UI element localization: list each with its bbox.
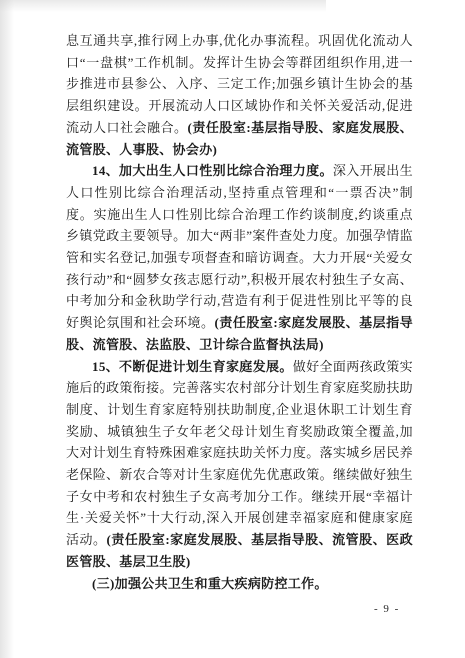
page-number: - 9 - — [374, 603, 400, 615]
item-heading: 14、加大出生人口性别比综合治理力度。 — [92, 163, 333, 178]
paragraph-item-15: 15、不断促进计划生育家庭发展。做好全面两孩政策实施后的政策衔接。完善落实农村部… — [66, 356, 413, 573]
paragraph-item-14: 14、加大出生人口性别比综合治理力度。深入开展出生人口性别比综合治理活动,坚持重… — [66, 160, 413, 355]
responsible-departments-note: (责任股室:家庭发展股、基层指导股、流管股、医政医管股、基层卫生股) — [66, 532, 413, 569]
paragraph-section-3-heading: (三)加强公共卫生和重大疾病防控工作。 — [66, 573, 413, 595]
text-run: 做好全面两孩政策实施后的政策衔接。完善落实农村部分计划生育家庭奖励扶助制度、计划… — [66, 359, 413, 548]
paragraph-continuation: 息互通共享,推行网上办事,优化办事流程。巩固优化流动人口“一盘棋”工作机制。发挥… — [66, 30, 413, 160]
scan-shadow-top — [0, 0, 326, 12]
document-body: 息互通共享,推行网上办事,优化办事流程。巩固优化流动人口“一盘棋”工作机制。发挥… — [66, 30, 413, 594]
section-heading: (三)加强公共卫生和重大疾病防控工作。 — [92, 576, 328, 591]
scan-shadow-left — [0, 0, 14, 658]
text-run: 深入开展出生人口性别比综合治理活动,坚持重点管理和“一票否决”制度。实施出生人口… — [66, 163, 413, 330]
document-page: 息互通共享,推行网上办事,优化办事流程。巩固优化流动人口“一盘棋”工作机制。发挥… — [0, 0, 465, 658]
item-heading: 15、不断促进计划生育家庭发展。 — [92, 359, 293, 374]
